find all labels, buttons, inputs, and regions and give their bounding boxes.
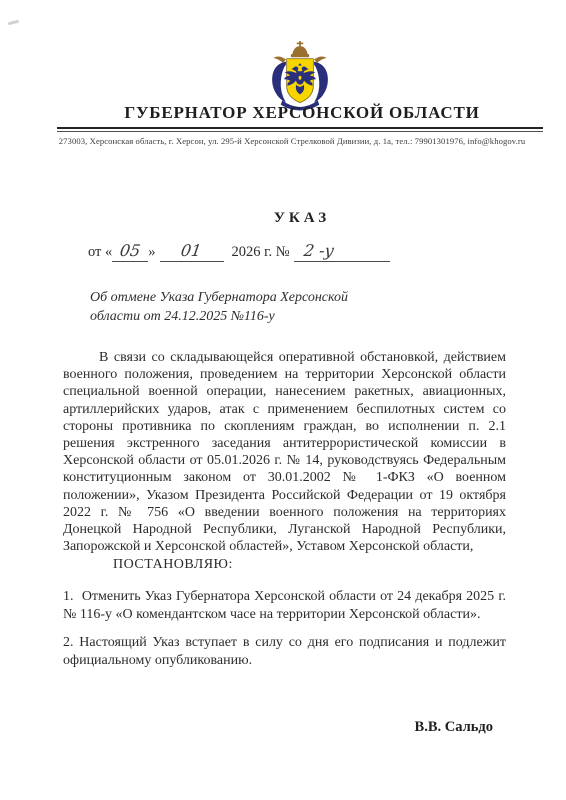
date-day-blank: 05 — [112, 241, 148, 262]
decree-page: ГУБЕРНАТОР ХЕРСОНСКОЙ ОБЛАСТИ 273003, Хе… — [0, 0, 566, 800]
date-close-quote: » — [148, 244, 155, 260]
decree-subject: Об отмене Указа Губернатора Херсонской о… — [90, 289, 372, 326]
signature-name: В.В. Сальдо — [63, 719, 493, 736]
decree-item-1: 1. Отменить Указ Губернатора Херсонской … — [63, 588, 506, 623]
scan-artifact-mark — [8, 20, 19, 26]
org-address-line: 273003, Херсонская область, г. Херсон, у… — [30, 136, 554, 146]
handwritten-number: 2 -у — [302, 241, 335, 260]
decree-item-2: 2. Настоящий Указ вступает в силу со дня… — [63, 634, 506, 669]
decree-number-blank: 2 -у — [294, 241, 390, 262]
document-type-heading: УКАЗ — [40, 210, 564, 227]
handwritten-month: 01 — [180, 241, 203, 260]
decree-preamble: В связи со складывающейся оперативной об… — [63, 349, 506, 555]
resolution-word: ПОСТАНОВЛЯЮ: — [113, 557, 233, 573]
org-title: ГУБЕРНАТОР ХЕРСОНСКОЙ ОБЛАСТИ — [40, 103, 564, 123]
date-number-line: от «05»012026 г. №2 -у — [88, 241, 390, 262]
coat-of-arms-icon — [263, 40, 337, 112]
date-month-blank: 01 — [160, 241, 224, 262]
handwritten-day: 05 — [119, 241, 142, 260]
letterhead-divider — [57, 127, 543, 132]
date-prefix: от « — [88, 244, 112, 260]
date-year-label: 2026 г. № — [232, 244, 290, 260]
